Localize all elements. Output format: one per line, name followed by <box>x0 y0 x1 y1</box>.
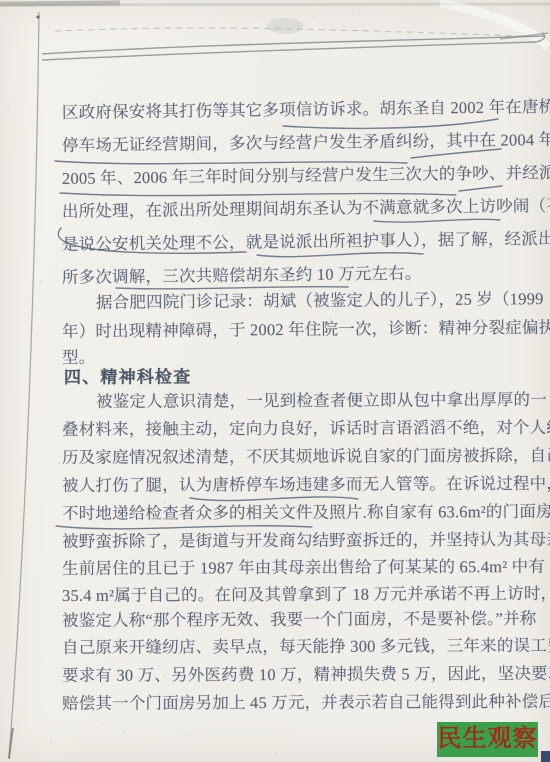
smudge <box>267 18 303 34</box>
text-line: 自己原来开缝纫店、卖早点，每天能挣 300 多元钱，三年来的误工费 <box>62 636 550 658</box>
fold-line-tip <box>36 15 39 18</box>
text-line: 被鉴定人意识清楚，一见到检查者便立即从包中拿出厚厚的一 <box>96 390 547 412</box>
text-line: 据合肥四院门诊记录：胡斌（被鉴定人的儿子），25 岁（1999 <box>96 289 544 313</box>
text-line: 要求有 30 万、另外医药费 10 万，精神损失费 5 万，因此，坚决要求 <box>62 664 550 686</box>
fold-line <box>9 12 39 758</box>
watermark-text: 民生观察 <box>438 722 538 757</box>
text-line: 被野蛮拆除了，是街道与开发商勾结野蛮拆迁的，并坚持认为其母亲 <box>62 530 550 552</box>
text-line: 历及家庭情况叙述清楚，不厌其烦地诉说自家的门面房被拆除，自己 <box>62 446 550 468</box>
section-heading: 四、精神科检查 <box>64 367 191 388</box>
corner-artifact <box>541 751 550 762</box>
text-line: 被人打伤了腿，认为唐桥停车场违建多而无人管等。在诉说过程中， <box>62 474 550 496</box>
text-line: 赔偿其一个门面房另加上 45 万元，并表示若自己能得到此种补偿后， <box>62 692 550 714</box>
text-line: 生前居住的且已于 1987 年由其母亲出售给了何某某的 65.4m² 中有 <box>62 557 545 579</box>
text-line: 叠材料来，接触主动，定向力良好，诉话时言语滔滔不绝，对个人经 <box>62 418 550 440</box>
text-line: 不时地递给检查者众多的相关文件及照片.称自家有 63.6m²的门面房 <box>62 502 550 524</box>
corner-highlight <box>440 3 548 47</box>
watermark-stamp: 民生观察 <box>437 722 538 757</box>
text-line: 年）时出现精神障碍，于 2002 年住院一次，诊断：精神分裂症偏执 <box>62 318 550 342</box>
text-line: 被鉴定人称“那个程序无效、我要一个门面房，不是要补偿。”并称 <box>62 609 536 631</box>
text-line: 35.4 m²属于自己的。在问及其曾拿到了 18 万元并承诺不再上访时， <box>62 584 550 606</box>
document-page: 区政府保安将其打伤等其它多项信访诉求。胡东圣自 2002 年在唐桥停车场无证经营… <box>0 0 550 762</box>
text-line: 型。 <box>62 348 96 368</box>
